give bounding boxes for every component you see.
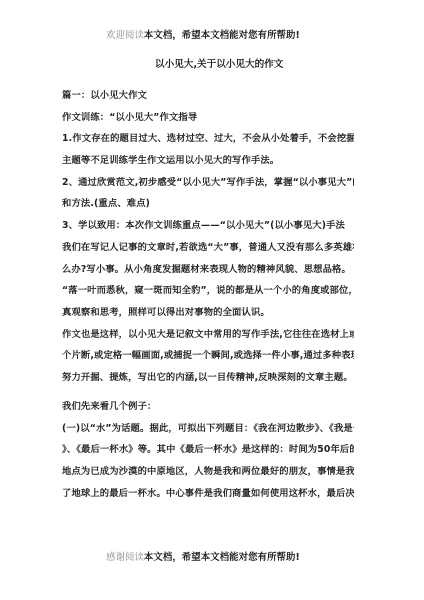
paragraph-line: (一)以“水”为话题。据此，可拟出下列题目：《我在河边散步》、《我是一条孤儿鱼 bbox=[62, 423, 354, 445]
paragraph-line: 真观察和思考，照样可以得出对事物的全面认识。 bbox=[62, 307, 354, 329]
paragraph-line: 我们在写记人记事的文章时,若欲选“大”事，普通人又没有那么多英雄壮举，怎 bbox=[62, 242, 354, 264]
document-title: 以小见大,关于以小见大的作文 bbox=[155, 56, 283, 70]
header-greeting: 欢迎阅读 bbox=[106, 30, 144, 41]
footer-message: 本文档，希望本文档能对您有所帮助! bbox=[144, 552, 300, 563]
paragraph-line: 我们先来看几个例子： bbox=[62, 401, 354, 423]
page-footer: 感谢阅读本文档，希望本文档能对您有所帮助! bbox=[106, 552, 286, 564]
section-heading: 篇一：以小见大作文 bbox=[62, 90, 354, 112]
paragraph-line: 么办?写小事。从小角度发掘题材来表现人物的精神风貌、思想品格。 bbox=[62, 264, 354, 286]
paragraph-line: 了地球上的最后一杯水。中心事件是我们商量如何使用这杯水，最后决定用它 bbox=[62, 488, 354, 510]
document-body: 篇一：以小见大作文 作文训练：“以小见大”作文指导 1.作文存在的题目过大、选材… bbox=[62, 90, 354, 509]
paragraph-line: 》、《最后一杯水》等。其中《最后一杯水》是这样的：时间为50年后的一个中午, bbox=[62, 444, 354, 466]
page-header: 欢迎阅读本文档，希望本文档能对您有所帮助! bbox=[106, 30, 286, 42]
header-message: 本文档，希望本文档能对您有所帮助! bbox=[144, 30, 300, 41]
paragraph-line: 主题等不足训练学生作文运用以小见大的写作手法。 bbox=[62, 155, 354, 177]
paragraph-line: 个片断,或定格一幅画面,或捕捉一个瞬间,或选择一件小事,通过多种表现技法, bbox=[62, 350, 354, 372]
subsection-heading: 作文训练：“以小见大”作文指导 bbox=[62, 112, 354, 134]
paragraph-line: 努力开掘、提炼，写出它的内涵,以一目传精神,反映深刻的文章主题。 bbox=[62, 372, 354, 401]
paragraph-line: 2、通过欣赏范文,初步感受“以小见大”写作手法，掌握“以小事见大”的写作规律 bbox=[62, 177, 354, 199]
paragraph-line: “落一叶而悉秋，窥一斑而知全豹”，说的都是从一个小的角度或部位，只要能认 bbox=[62, 285, 354, 307]
paragraph-line: 作文也是这样，以小见大是记叙文中常用的写作手法,它往往在选材上或撷取一 bbox=[62, 329, 354, 351]
paragraph-line: 地点为已成为沙漠的中原地区，人物是我和两位最好的朋友，事情是我们发现 bbox=[62, 466, 354, 488]
paragraph-line: 1.作文存在的题目过大、选材过空、过大，不会从小处着手，不会挖掘文章深刻 bbox=[62, 133, 354, 155]
paragraph-line: 和方法.(重点、难点) bbox=[62, 198, 354, 220]
paragraph-line: 3、学以致用：本次作文训练重点——“以小见大”(以小事见大)手法 bbox=[62, 220, 354, 242]
document-page: 欢迎阅读本文档，希望本文档能对您有所帮助! 以小见大,关于以小见大的作文 篇一：… bbox=[0, 0, 424, 600]
footer-thanks: 感谢阅读 bbox=[106, 552, 144, 563]
